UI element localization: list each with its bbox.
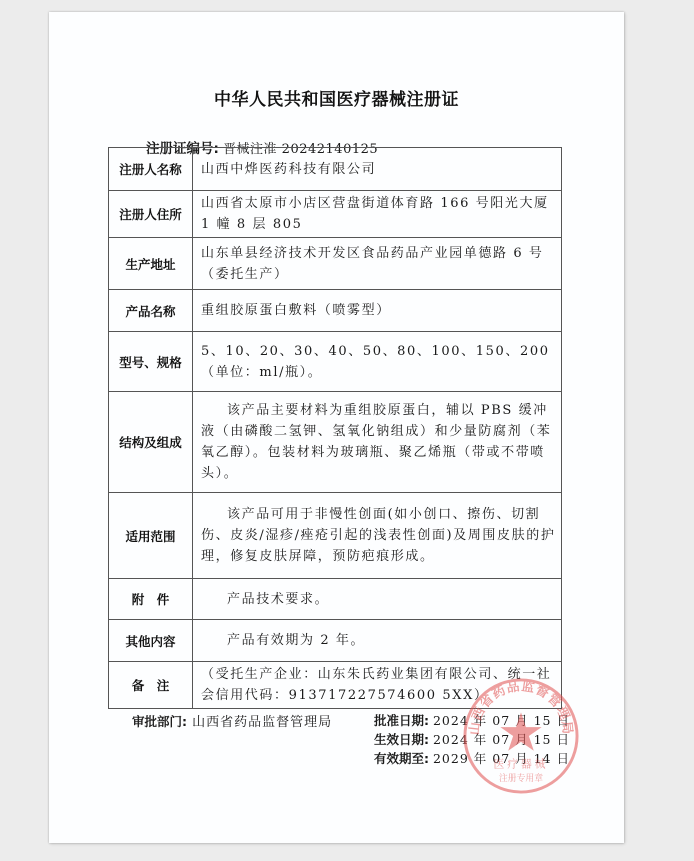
row-value: 5、10、20、30、40、50、80、100、150、200（单位：ml/瓶）… <box>193 332 562 392</box>
approval-department: 审批部门: 山西省药品监督管理局 <box>132 711 332 730</box>
row-label: 注册人名称 <box>109 148 193 191</box>
table-row: 注册人住所 山西省太原市小店区营盘街道体育路 166 号阳光大厦 1 幢 8 层… <box>109 191 562 238</box>
expiry-date-label: 有效期至: <box>374 751 429 766</box>
table-row: 型号、规格 5、10、20、30、40、50、80、100、150、200（单位… <box>109 332 562 392</box>
table-row: 其他内容 产品有效期为 2 年。 <box>109 620 562 662</box>
certificate-page: 中华人民共和国医疗器械注册证 注册证编号: 晋械注准 20242140125 注… <box>49 12 624 843</box>
effective-date-row: 生效日期: 2024 年 07 月 15 日 <box>374 730 570 749</box>
table-row: 产品名称 重组胶原蛋白敷料（喷雾型） <box>109 290 562 332</box>
approval-date-row: 批准日期: 2024 年 07 月 15 日 <box>374 711 570 730</box>
row-value: （受托生产企业：山东朱氏药业集团有限公司、统一社会信用代码：9137172275… <box>193 662 562 709</box>
row-label: 结构及组成 <box>109 392 193 493</box>
document-title: 中华人民共和国医疗器械注册证 <box>49 85 624 110</box>
table-row: 附 件 产品技术要求。 <box>109 579 562 620</box>
row-value: 产品有效期为 2 年。 <box>193 620 562 662</box>
row-value: 山东单县经济技术开发区食品药品产业园单德路 6 号（委托生产） <box>193 238 562 290</box>
row-label: 其他内容 <box>109 620 193 662</box>
row-value: 山西省太原市小店区营盘街道体育路 166 号阳光大厦 1 幢 8 层 805 <box>193 191 562 238</box>
row-label: 产品名称 <box>109 290 193 332</box>
row-label: 备 注 <box>109 662 193 709</box>
row-value: 该产品可用于非慢性创面(如小创口、擦伤、切割伤、皮炎/湿疹/痤疮引起的浅表性创面… <box>193 493 562 579</box>
seal-bottom-text: 注册专用章 <box>499 772 543 784</box>
effective-date-label: 生效日期: <box>374 732 429 747</box>
row-value: 该产品主要材料为重组胶原蛋白，辅以 PBS 缓冲液（由磷酸二氢钾、氢氧化钠组成）… <box>193 392 562 493</box>
table-row: 结构及组成 该产品主要材料为重组胶原蛋白，辅以 PBS 缓冲液（由磷酸二氢钾、氢… <box>109 392 562 493</box>
approval-department-label: 审批部门: <box>132 714 187 729</box>
row-value: 产品技术要求。 <box>193 579 562 620</box>
expiry-date-value: 2029 年 07 月 14 日 <box>433 751 570 766</box>
approval-date-value: 2024 年 07 月 15 日 <box>433 713 570 728</box>
table-row: 适用范围 该产品可用于非慢性创面(如小创口、擦伤、切割伤、皮炎/湿疹/痤疮引起的… <box>109 493 562 579</box>
table-row: 生产地址 山东单县经济技术开发区食品药品产业园单德路 6 号（委托生产） <box>109 238 562 290</box>
certificate-table: 注册人名称 山西中烨医药科技有限公司 注册人住所 山西省太原市小店区营盘街道体育… <box>108 147 562 709</box>
row-value: 重组胶原蛋白敷料（喷雾型） <box>193 290 562 332</box>
row-label: 适用范围 <box>109 493 193 579</box>
row-value: 山西中烨医药科技有限公司 <box>193 148 562 191</box>
row-label: 附 件 <box>109 579 193 620</box>
table-row: 备 注 （受托生产企业：山东朱氏药业集团有限公司、统一社会信用代码：913717… <box>109 662 562 709</box>
table-row: 注册人名称 山西中烨医药科技有限公司 <box>109 148 562 191</box>
date-block: 批准日期: 2024 年 07 月 15 日 生效日期: 2024 年 07 月… <box>374 711 570 768</box>
approval-department-value: 山西省药品监督管理局 <box>192 715 332 730</box>
effective-date-value: 2024 年 07 月 15 日 <box>433 732 570 747</box>
approval-date-label: 批准日期: <box>374 713 429 728</box>
expiry-date-row: 有效期至: 2029 年 07 月 14 日 <box>374 749 570 768</box>
row-label: 型号、规格 <box>109 332 193 392</box>
row-label: 注册人住所 <box>109 191 193 238</box>
row-label: 生产地址 <box>109 238 193 290</box>
